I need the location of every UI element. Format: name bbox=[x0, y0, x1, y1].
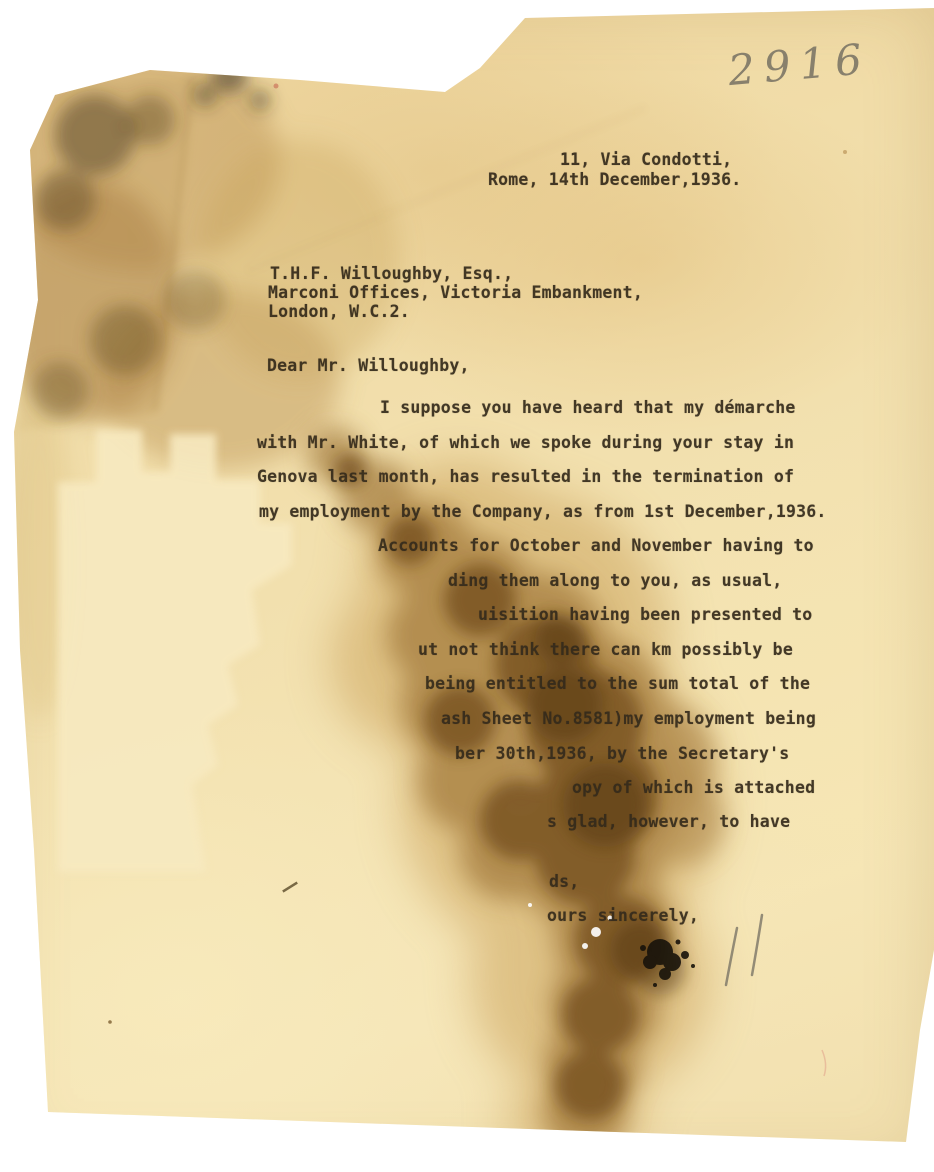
pencil-strokes bbox=[726, 915, 762, 985]
pencil-and-ink-marks bbox=[0, 0, 934, 1172]
ink-blot bbox=[640, 939, 695, 987]
scanned-letter: 11, Via Condotti, Rome, 14th December,19… bbox=[0, 0, 934, 1172]
letter-paper: 11, Via Condotti, Rome, 14th December,19… bbox=[0, 0, 934, 1172]
